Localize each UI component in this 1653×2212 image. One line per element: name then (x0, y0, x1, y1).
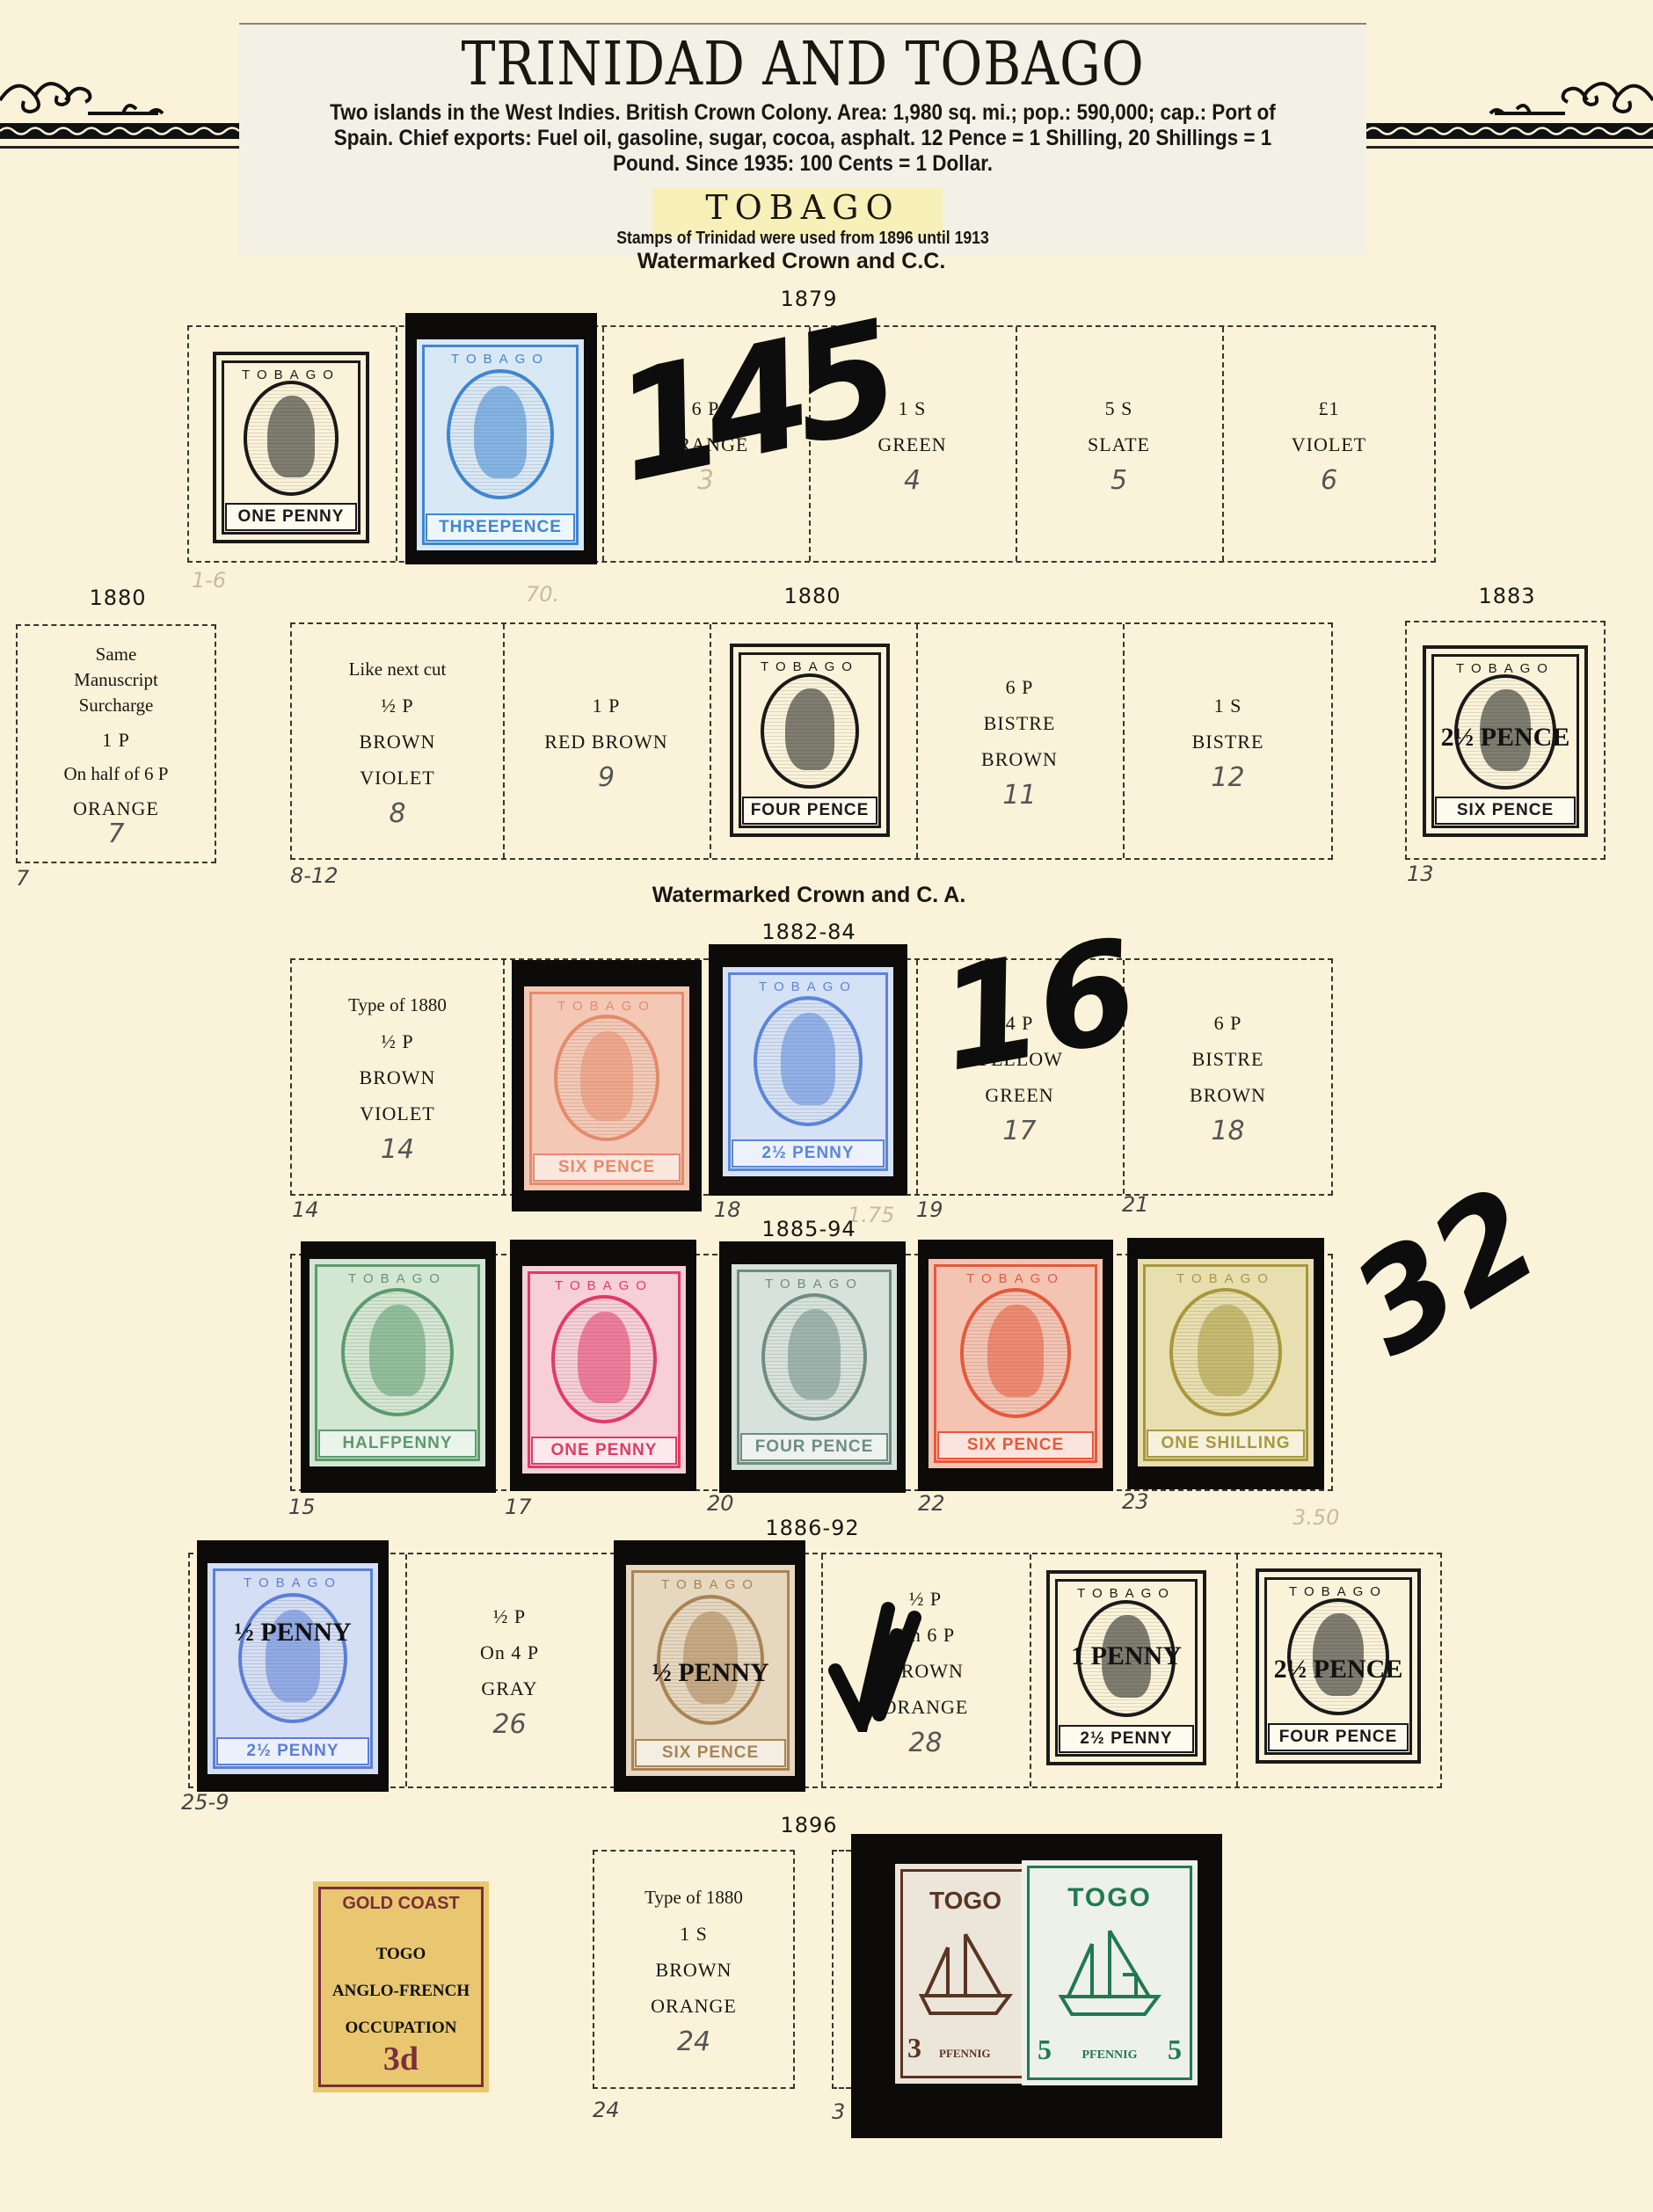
watermark-heading-ca: Watermarked Crown and C. A. (492, 883, 1125, 908)
checkmark-icon (826, 1600, 941, 1732)
space-1p-red-brown: 1 PRED BROWN9 (503, 624, 710, 858)
stamp-2half-pence-on-six-pence-illustration[interactable]: TOBAGO 2½ PENCE SIX PENCE (1423, 645, 1588, 837)
pencil-price: 3.50 (1293, 1505, 1339, 1530)
year-1880-left: 1880 (30, 586, 206, 610)
section-note: Stamps of Trinidad were used from 1896 u… (307, 229, 1299, 249)
country-header: TRINIDAD AND TOBAGO Two islands in the W… (239, 23, 1366, 255)
page-title: TRINIDAD AND TOBAGO (318, 30, 1288, 99)
year-1885-94: 1885-94 (721, 1217, 897, 1241)
ornament-left (0, 65, 239, 153)
stamp-six-pence-orange-red[interactable]: TOBAGO SIX PENCE (928, 1259, 1103, 1468)
pencil-note: 3 (832, 2099, 845, 2124)
space-half-p-brown-violet: Type of 1880½ PBROWNVIOLET14 (292, 960, 503, 1194)
stamp-four-pence-illustration[interactable]: TOBAGO FOUR PENCE (730, 644, 890, 837)
stamp-unit: PFENNIG (939, 2047, 991, 2061)
country-description: Two islands in the West Indies. British … (307, 100, 1300, 177)
pencil-note: 13 (1407, 862, 1434, 886)
stamp-value: 5 (1168, 2034, 1182, 2066)
stamp-value: 3d (313, 2040, 489, 2078)
year-1882-84: 1882-84 (721, 920, 897, 944)
watermark-heading-cc: Watermarked Crown and C.C. (440, 249, 1143, 274)
pencil-note: 24 (593, 2098, 620, 2122)
stamp-halfpenny-green[interactable]: TOBAGO HALFPENNY (309, 1259, 485, 1466)
stamp-threepence-blue[interactable]: TOBAGO THREEPENCE (417, 339, 584, 550)
year-1880-center: 1880 (725, 584, 900, 608)
ship-icon (913, 1925, 1018, 2022)
pencil-price: 70. (526, 582, 559, 607)
stamp-six-pence-orange[interactable]: TOBAGO SIX PENCE (524, 986, 689, 1190)
pencil-note: 7 (16, 866, 29, 891)
pencil-note: 15 (288, 1495, 316, 1519)
stamp-one-penny-carmine[interactable]: TOBAGO ONE PENNY (522, 1266, 686, 1473)
stamp-togo-3-pfennig[interactable]: TOGO 3 PFENNIG (895, 1864, 1036, 2084)
pencil-note: 17 (505, 1495, 532, 1519)
space-1pound-violet: £1VIOLET6 (1222, 327, 1436, 561)
overprint-line: TOGO (313, 1936, 489, 1973)
stamp-four-pence-gray-green[interactable]: TOBAGO FOUR PENCE (732, 1264, 897, 1470)
scroll-ornament-icon (1477, 65, 1653, 123)
pencil-note: 8-12 (290, 863, 338, 888)
stamp-half-penny-on-six-pence-brown[interactable]: TOBAGO ½ PENNY SIX PENCE (626, 1565, 795, 1776)
scroll-ornament-icon (0, 65, 176, 123)
stamp-gold-coast-togo-occupation[interactable]: GOLD COAST TOGO ANGLO-FRENCH OCCUPATION … (313, 1881, 489, 2092)
pencil-note: 25-9 (181, 1790, 229, 1815)
section-title: TOBAGO (239, 188, 1366, 227)
pencil-note: 23 (1122, 1489, 1149, 1514)
space-half-p-brown-violet: Like next cut½ PBROWNVIOLET8 (292, 624, 503, 858)
marker-price-32: 32 (1328, 1159, 1564, 1386)
pencil-note: 14 (292, 1197, 319, 1222)
stamp-country: GOLD COAST (313, 1894, 489, 1914)
space-6p-bistre-brown: 6 PBISTREBROWN11 (916, 624, 1123, 858)
stamp-togo-5-pfennig[interactable]: TOGO 5 PFENNIG 5 (1022, 1860, 1198, 2085)
album-space-1896: Type of 18801 SBROWNORANGE24 (593, 1850, 795, 2089)
stamp-country: TOGO (895, 1887, 1036, 1915)
space-5s-slate: 5 SSLATE5 (1016, 327, 1222, 561)
stamp-country: TOGO (1022, 1883, 1198, 1913)
pencil-note: 21 (1122, 1192, 1149, 1217)
stamp-one-penny-illustration[interactable]: TOBAGO ONE PENNY (213, 352, 369, 543)
year-1886-92: 1886-92 (725, 1516, 900, 1540)
stamp-1-penny-on-2half-penny-illustration[interactable]: TOBAGO 1 PENNY 2½ PENNY (1046, 1570, 1206, 1765)
stamp-2half-pence-on-four-pence-illustration[interactable]: TOBAGO 2½ PENCE FOUR PENCE (1256, 1568, 1421, 1764)
space-half-p-on-4p-gray: ½ POn 4 PGRAY26 (405, 1554, 614, 1786)
pencil-note: 22 (918, 1491, 945, 1516)
pencil-note: 20 (707, 1491, 734, 1516)
ship-icon (1052, 1922, 1167, 2027)
ornament-right (1366, 65, 1653, 153)
stamp-one-shilling-olive[interactable]: TOBAGO ONE SHILLING (1138, 1259, 1314, 1466)
space-6p-bistre-brown: 6 PBISTREBROWN18 (1123, 960, 1333, 1194)
stamp-2half-penny-blue[interactable]: TOBAGO 2½ PENNY (723, 967, 893, 1176)
pencil-note: 19 (916, 1197, 943, 1222)
overprint-line: ANGLO-FRENCH (313, 1973, 489, 2010)
marker-price-16: 16 (928, 907, 1149, 1103)
stamp-half-penny-on-2half-penny-blue[interactable]: TOBAGO ½ PENNY 2½ PENNY (208, 1563, 378, 1774)
space-1s-bistre: 1 SBISTRE12 (1123, 624, 1333, 858)
year-1883: 1883 (1419, 584, 1595, 608)
stamp-value: 3 (907, 2032, 921, 2064)
album-space-1880-surcharge: Same Manuscript Surcharge 1 P On half of… (16, 624, 216, 863)
